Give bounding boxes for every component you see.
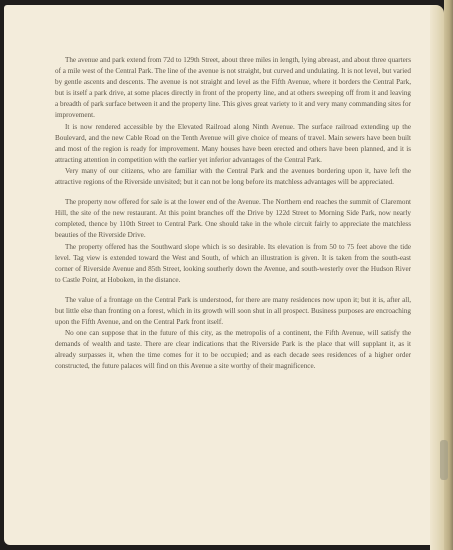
paragraph-6: The value of a frontage on the Central P… [55, 295, 411, 328]
paragraph-2: It is now rendered accessible by the Ele… [55, 122, 411, 166]
paragraph-4: The property now offered for sale is at … [55, 197, 411, 241]
paragraph-7: No one can suppose that in the future of… [55, 328, 411, 372]
paragraph-5: The property offered has the Southward s… [55, 242, 411, 286]
body-text: The avenue and park extend from 72d to 1… [55, 55, 411, 373]
paragraph-1: The avenue and park extend from 72d to 1… [55, 55, 411, 122]
paragraph-3: Very many of our citizens, who are famil… [55, 166, 411, 188]
paper-stain [440, 440, 448, 480]
